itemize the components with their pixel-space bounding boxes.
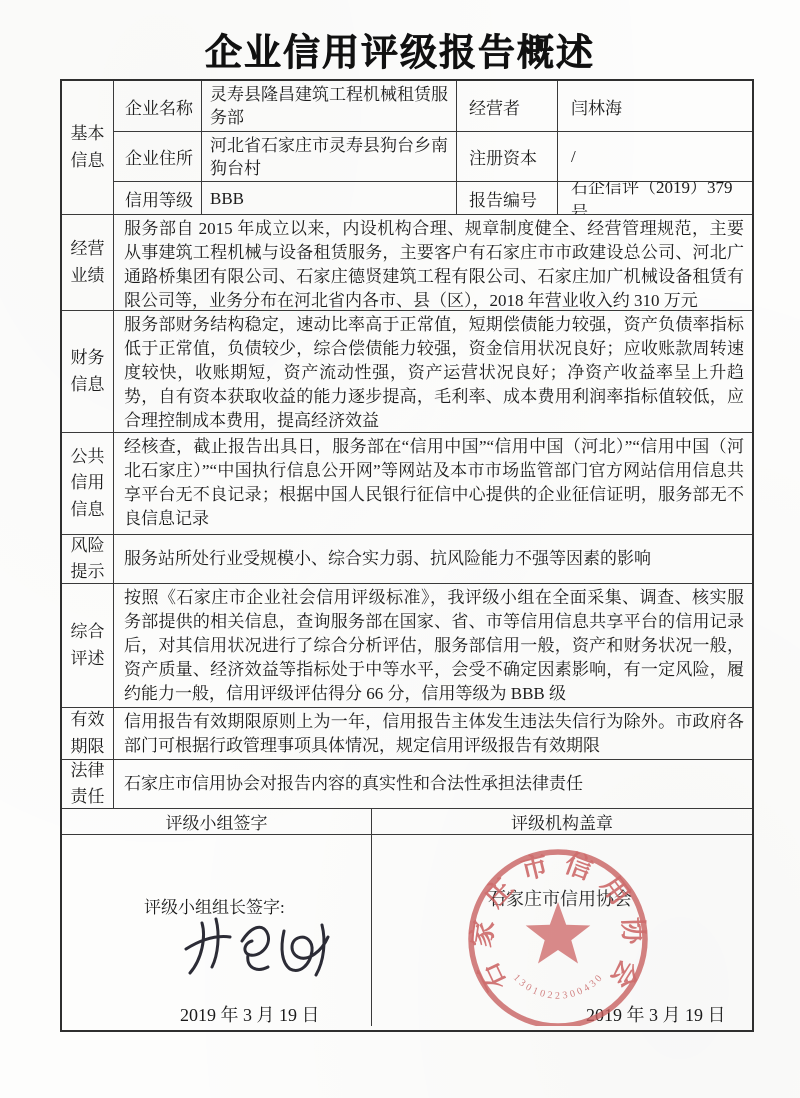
value-operator: 闫林海: [558, 81, 752, 131]
label-credit-rating: 信用等级: [114, 182, 202, 214]
stamp-star-icon: [526, 902, 591, 964]
section-label-financial: 财务信息: [62, 311, 114, 432]
section-label-review: 综合评述: [62, 584, 114, 707]
team-signature-date: 2019 年 3 月 19 日: [180, 1001, 320, 1026]
header-rating-agency-seal: 评级机构盖章: [372, 809, 752, 834]
section-label-public-credit: 公共信用信息: [62, 433, 114, 534]
stamp-number: 1301022300430: [511, 971, 607, 1002]
text-business-performance: 服务部自 2015 年成立以来，内设机构合理、规章制度健全、经营管理规范，主要从…: [114, 215, 752, 310]
text-public-credit-info: 经核查，截止报告出具日，服务部在“信用中国”“信用中国（河北）”“信用中国（河北…: [114, 433, 752, 534]
section-risk-warning: 风险提示 服务站所处行业受规模小、综合实力弱、抗风险能力不强等因素的影响: [62, 534, 752, 583]
page-title: 企业信用评级报告概述: [0, 22, 800, 76]
signature-body-row: 评级小组组长签字: 2019 年 3 月 19 日 石家庄市信用协会: [62, 834, 752, 1026]
text-comprehensive-review: 按照《石家庄市企业社会信用评级标准》，我评级小组在全面采集、调查、核实服务部提供…: [114, 584, 752, 707]
label-registered-capital: 注册资本: [457, 132, 558, 181]
section-financial-info: 财务信息 服务部财务结构稳定，速动比率高于正常值，短期偿债能力较强，资产负债率指…: [62, 310, 752, 432]
basic-info-rows: 企业名称 灵寿县隆昌建筑工程机械租赁服务部 经营者 闫林海 企业住所 河北省石家…: [114, 81, 752, 214]
table-row: 企业住所 河北省石家庄市灵寿县狗台乡南狗台村 注册资本 /: [114, 131, 752, 181]
value-report-number: 石企信评（2019）379 号: [558, 182, 752, 214]
section-label-legal: 法律责任: [62, 760, 114, 808]
label-company-name: 企业名称: [114, 81, 202, 131]
section-basic-info: 基本信息 企业名称 灵寿县隆昌建筑工程机械租赁服务部 经营者 闫林海 企业住所 …: [62, 81, 752, 214]
value-credit-rating: BBB: [202, 182, 457, 214]
text-validity-period: 信用报告有效期限原则上为一年，信用报告主体发生违法失信行为除外。市政府各部门可根…: [114, 708, 752, 759]
signature-header-row: 评级小组签字 评级机构盖章: [62, 808, 752, 834]
text-risk-warning: 服务站所处行业受规模小、综合实力弱、抗风险能力不强等因素的影响: [114, 535, 752, 583]
section-label-performance: 经营业绩: [62, 215, 114, 310]
scanned-report-page: 企业信用评级报告概述 基本信息 企业名称 灵寿县隆昌建筑工程机械租赁服务部 经营…: [0, 0, 800, 1098]
section-public-credit-info: 公共信用信息 经核查，截止报告出具日，服务部在“信用中国”“信用中国（河北）”“…: [62, 432, 752, 534]
handwritten-signature: [172, 911, 342, 997]
rating-team-signature-cell: 评级小组组长签字: 2019 年 3 月 19 日: [62, 835, 372, 1026]
report-table: 基本信息 企业名称 灵寿县隆昌建筑工程机械租赁服务部 经营者 闫林海 企业住所 …: [60, 79, 754, 1032]
svg-text:1301022300430: 1301022300430: [511, 971, 607, 1002]
value-company-name: 灵寿县隆昌建筑工程机械租赁服务部: [202, 81, 457, 131]
official-round-stamp: 石家庄市信用协会 1301022300430: [458, 839, 658, 1026]
value-registered-capital: /: [558, 132, 752, 181]
rating-agency-seal-cell: 石家庄市信用协会 石家庄市信用协会 1301022300430 2019: [372, 835, 752, 1026]
section-validity-period: 有效期限 信用报告有效期限原则上为一年，信用报告主体发生违法失信行为除外。市政府…: [62, 707, 752, 759]
text-financial-info: 服务部财务结构稳定，速动比率高于正常值，短期偿债能力较强，资产负债率指标低于正常…: [114, 311, 752, 432]
label-operator: 经营者: [457, 81, 558, 131]
label-report-number: 报告编号: [457, 182, 558, 214]
table-row: 信用等级 BBB 报告编号 石企信评（2019）379 号: [114, 181, 752, 214]
header-rating-team-signature: 评级小组签字: [62, 809, 372, 834]
table-row: 企业名称 灵寿县隆昌建筑工程机械租赁服务部 经营者 闫林海: [114, 81, 752, 131]
section-comprehensive-review: 综合评述 按照《石家庄市企业社会信用评级标准》，我评级小组在全面采集、调查、核实…: [62, 583, 752, 707]
section-label-validity: 有效期限: [62, 708, 114, 759]
section-business-performance: 经营业绩 服务部自 2015 年成立以来，内设机构合理、规章制度健全、经营管理规…: [62, 214, 752, 310]
value-company-address: 河北省石家庄市灵寿县狗台乡南狗台村: [202, 132, 457, 181]
section-legal-responsibility: 法律责任 石家庄市信用协会对报告内容的真实性和合法性承担法律责任: [62, 759, 752, 808]
text-legal-responsibility: 石家庄市信用协会对报告内容的真实性和合法性承担法律责任: [114, 760, 752, 808]
section-label-risk: 风险提示: [62, 535, 114, 583]
label-company-address: 企业住所: [114, 132, 202, 181]
section-label-basic: 基本信息: [62, 81, 114, 214]
